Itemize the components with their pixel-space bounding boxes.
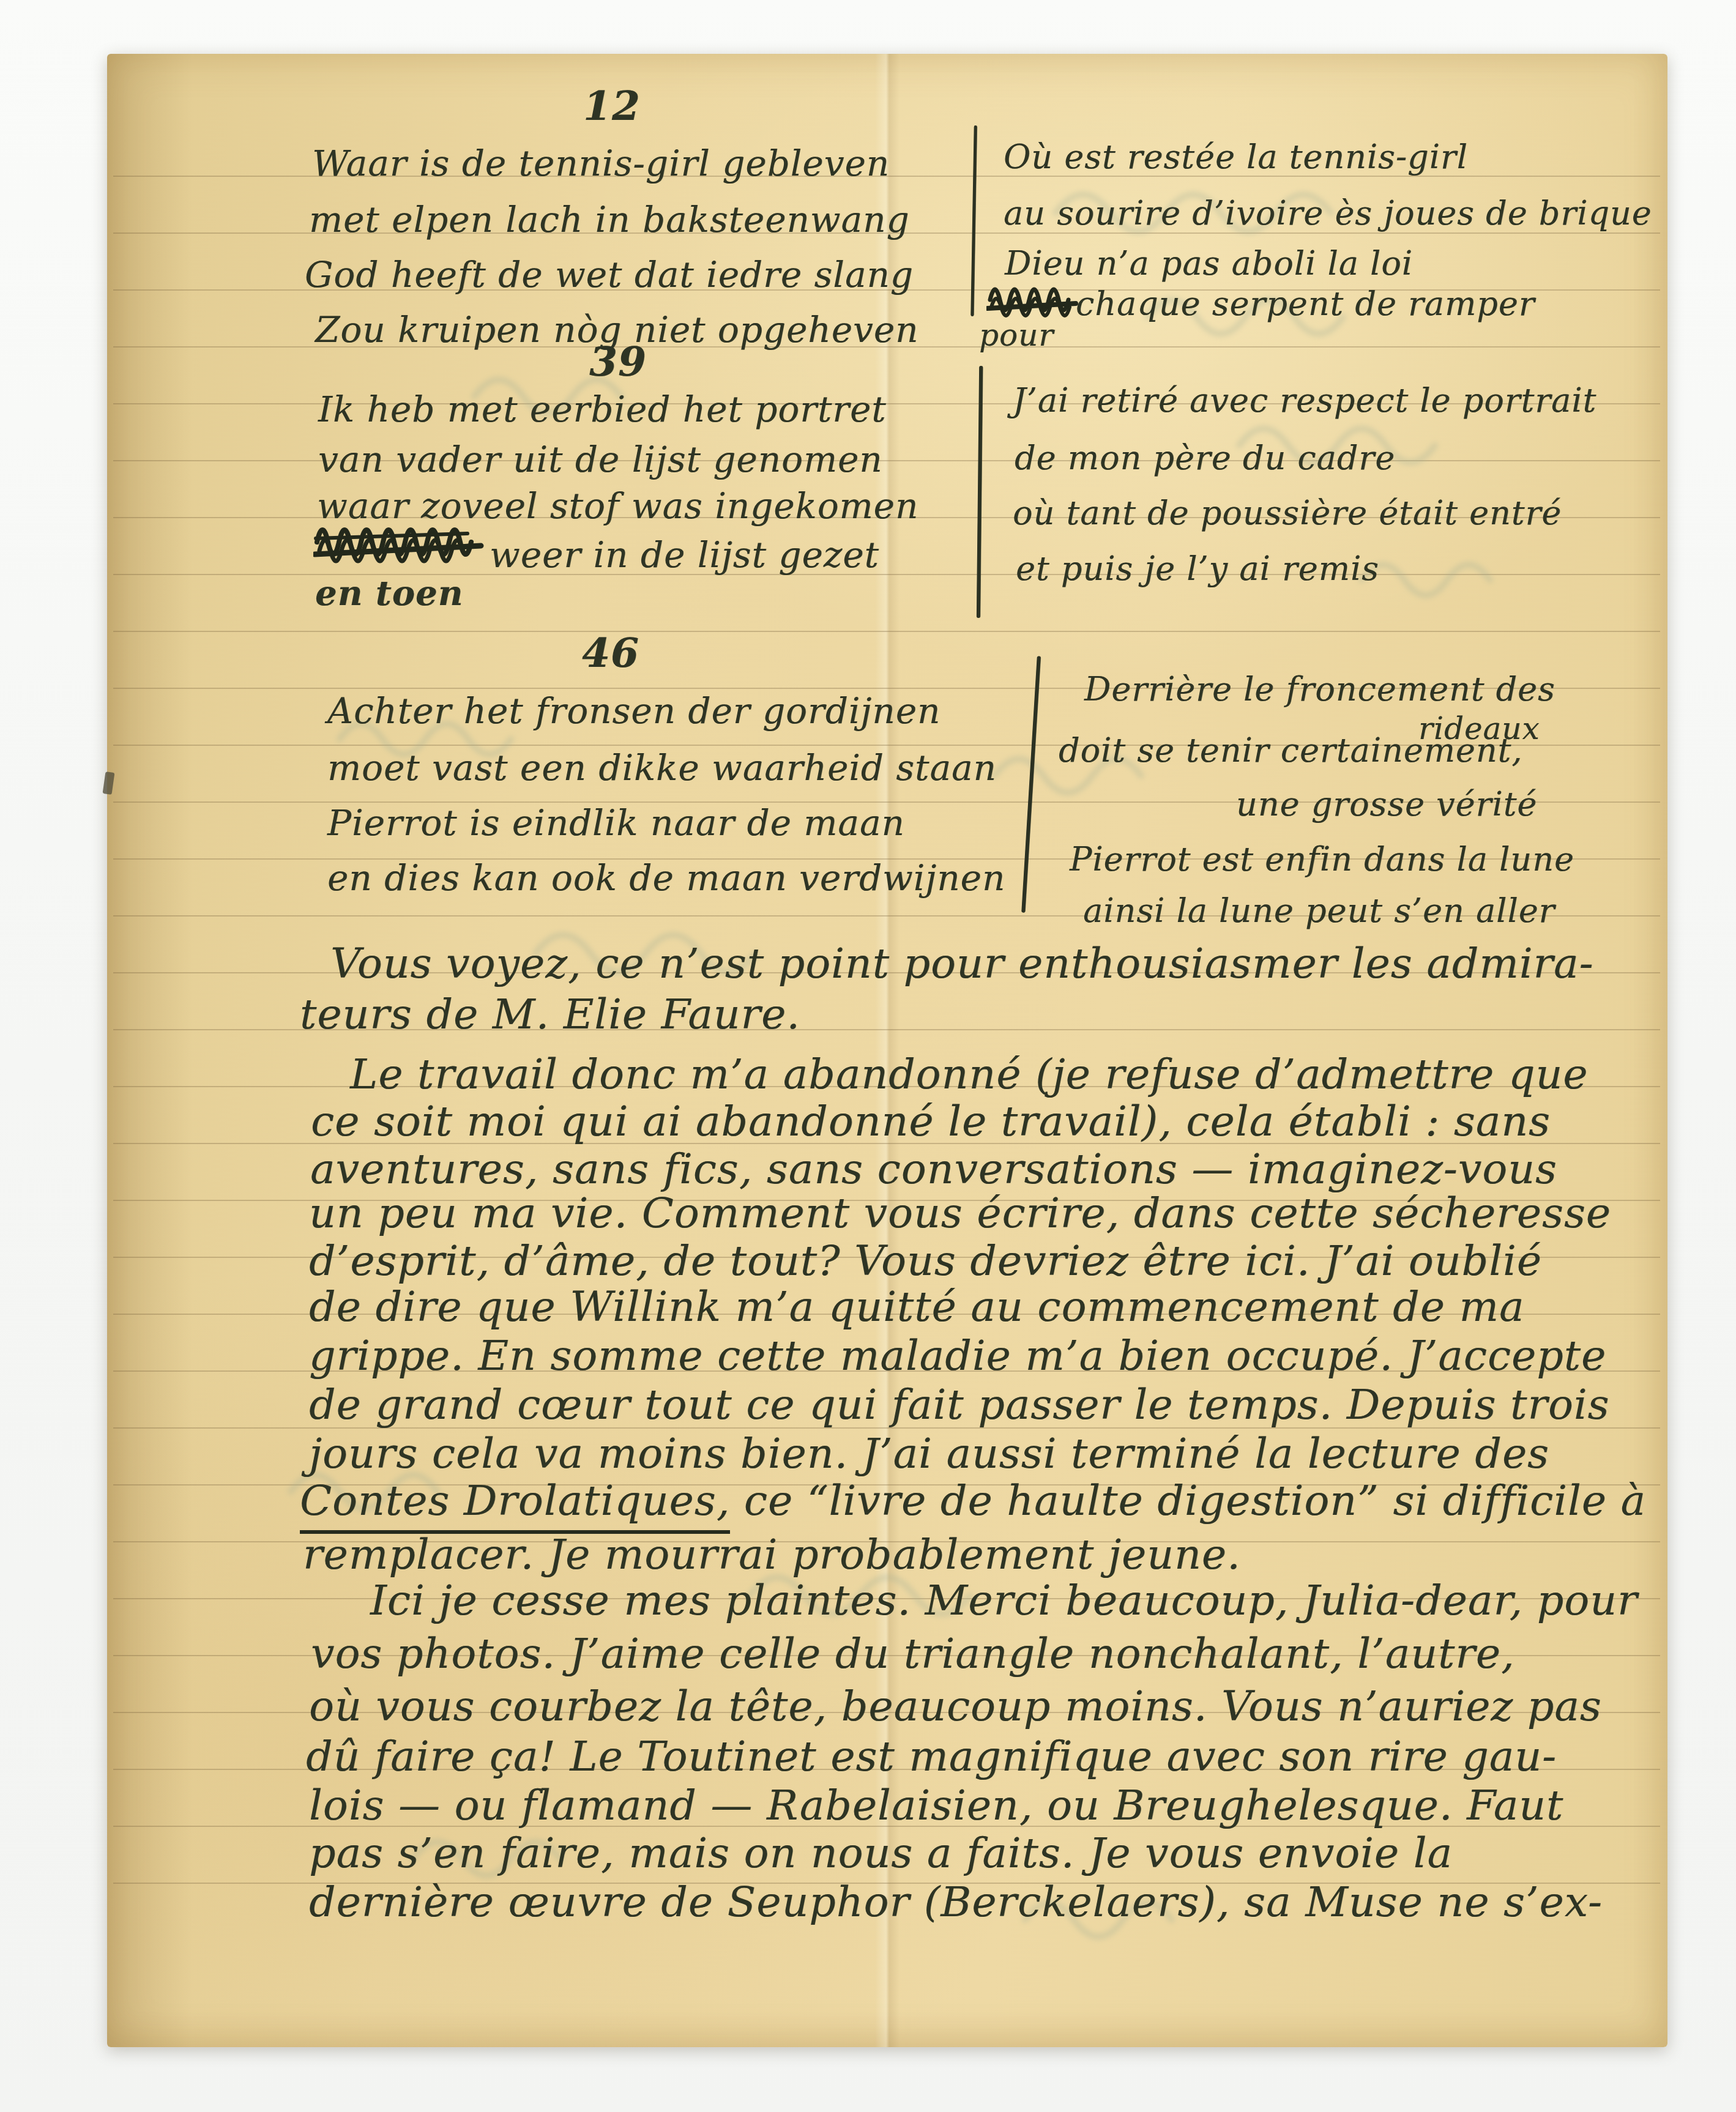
poem-12-dutch-line-2: met elpen lach in baksteenwang [309, 202, 910, 237]
poem-12-french-line-2: au sourire d’ivoire ès joues de brique [1004, 197, 1652, 230]
paragraph-3-line-6: pas s’en faire, mais on nous a faits. Je… [309, 1833, 1453, 1875]
paragraph-1-line-2: teurs de M. Elie Faure. [300, 994, 800, 1036]
paragraph-2-line-3: aventures, sans fics, sans conversations… [310, 1149, 1557, 1191]
paragraph-3-line-5: lois — ou flamand — Rabelaisien, ou Breu… [309, 1785, 1563, 1827]
poem-number-39: 39 [575, 341, 661, 382]
poem-12-dutch-line-1: Waar is de tennis-girl gebleven [312, 146, 890, 181]
poem-39-dutch-line-1: Ik heb met eerbied het portret [318, 392, 887, 427]
poem-12-dutch-line-3: God heeft de wet dat iedre slang [305, 257, 914, 292]
scribble-strikethrough [986, 277, 1078, 319]
poem-39-french-line-1: J’ai retiré avec respect le portrait [1013, 384, 1596, 417]
poem-46-dutch-line-1: Achter het fronsen der gordijnen [327, 693, 941, 729]
paragraph-2-line-8: de grand cœur tout ce qui fait passer le… [309, 1385, 1609, 1426]
poem-39-dutch-line-2: van vader uit de lijst genomen [318, 442, 883, 477]
paragraph-2-line-2: ce soit moi qui ai abandonné le travail)… [311, 1101, 1551, 1143]
underlined-book-title: Contes Drolatiques, [300, 1477, 730, 1534]
paragraph-3-line-1: Ici je cesse mes plaintes. Merci beaucou… [370, 1580, 1637, 1622]
scribble-strikethrough [313, 515, 485, 571]
paragraph-2-line-10: Contes Drolatiques, ce “livre de haulte … [300, 1481, 1646, 1522]
poem-46-french-line-4: Pierrot est enfin dans la lune [1070, 843, 1574, 876]
paragraph-3-line-4: dû faire ça! Le Toutinet est magnifique … [306, 1736, 1557, 1778]
poem-46-french-line-5: ainsi la lune peut s’en aller [1083, 894, 1555, 928]
paragraph-2-line-7: grippe. En somme cette maladie m’a bien … [309, 1336, 1606, 1377]
paragraph-3-line-7: dernière œuvre de Seuphor (Berckelaers),… [309, 1882, 1603, 1924]
poem-46-french-line-1: Derrière le froncement des [1084, 673, 1555, 706]
paragraph-3-line-2: vos photos. J’aime celle du triangle non… [311, 1634, 1515, 1675]
poem-39-french-line-2: de mon père du cadre [1015, 442, 1395, 475]
poem-39-dutch-line-4: weer in de lijst gezet [490, 537, 879, 573]
poem-number-12: 12 [569, 86, 655, 126]
paragraph-2-line-11: remplacer. Je mourrai probablement jeune… [303, 1534, 1241, 1576]
poem-39-french-line-3: où tant de poussière était entré [1013, 497, 1562, 530]
poem-39-french-line-4: et puis je l’y ai remis [1016, 552, 1379, 586]
paragraph-2-line-9: jours cela va moins bien. J’ai aussi ter… [309, 1433, 1549, 1475]
poem-46-french-line-2: doit se tenir certainement, [1059, 734, 1522, 767]
paragraph-1-line-1: Vous voyez, ce n’est point pour enthousi… [330, 943, 1594, 985]
poem-46-french-line-3: une grosse vérité [1236, 788, 1537, 821]
paragraph-2-line-1: Le travail donc m’a abandonné (je refuse… [350, 1054, 1588, 1096]
paragraph-3-line-3: où vous courbez la tête, beaucoup moins.… [309, 1686, 1602, 1728]
paragraph-2-line-6: de dire que Willink m’a quitté au commen… [309, 1287, 1525, 1328]
paragraph-2-line-4: un peu ma vie. Comment vous écrire, dans… [309, 1193, 1611, 1235]
scanned-letter-page: 12 Waar is de tennis-girl gebleven met e… [0, 0, 1736, 2112]
poem-46-dutch-line-4: en dies kan ook de maan verdwijnen [327, 860, 1005, 896]
poem-39-insertion-en-toen: en toen [315, 576, 463, 611]
poem-12-correction-pour: pour [979, 320, 1054, 351]
paragraph-2-line-10-rest: ce “livre de haulte digestion” si diffic… [730, 1477, 1646, 1525]
poem-number-46: 46 [568, 633, 654, 673]
poem-46-dutch-line-3: Pierrot is eindlik naar de maan [327, 805, 905, 841]
paragraph-2-line-5: d’esprit, d’âme, de tout? Vous devriez ê… [309, 1241, 1542, 1282]
poem-12-french-line-4: chaque serpent de ramper [1076, 288, 1535, 321]
poem-12-french-line-3: Dieu n’a pas aboli la loi [1005, 247, 1413, 280]
poem-12-french-line-1: Où est restée la tennis-girl [1004, 141, 1468, 174]
poem-46-dutch-line-2: moet vast een dikke waarheid staan [327, 750, 997, 786]
